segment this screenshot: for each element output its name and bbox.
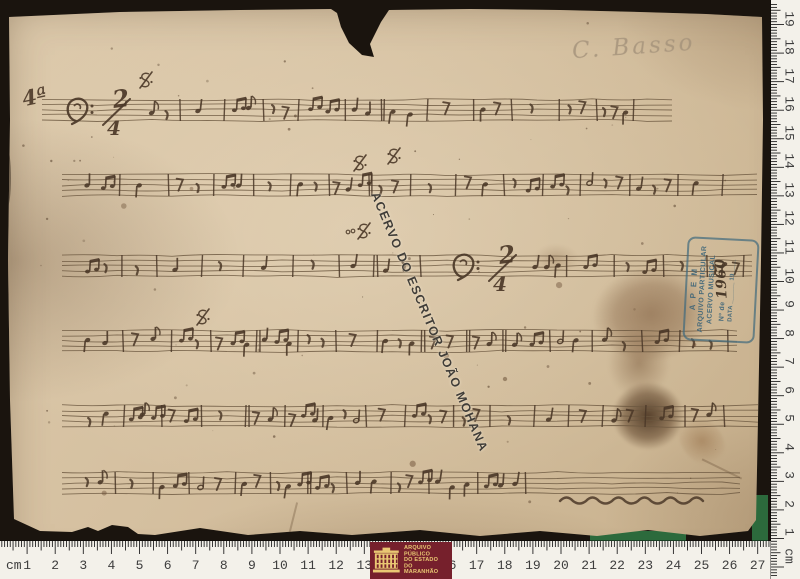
ruler-number: 14 — [782, 153, 797, 169]
ruler-number: 1 — [23, 558, 31, 573]
ruler-number: 9 — [248, 558, 256, 573]
ruler-number: 19 — [782, 11, 797, 27]
ruler-number: 8 — [782, 329, 797, 337]
ruler-number: 24 — [666, 558, 682, 573]
ruler-number: 6 — [164, 558, 172, 573]
ruler-number: 22 — [609, 558, 625, 573]
svg-text:4: 4 — [107, 116, 121, 140]
ruler-number: 2 — [782, 500, 797, 508]
ruler-number: 12 — [782, 211, 797, 227]
ruler-number: 7 — [782, 357, 797, 365]
ruler-number: 9 — [782, 300, 797, 308]
institution-logo: ARQUIVO PÚBLICO DO ESTADO DO MARANHÃO — [370, 542, 452, 579]
ruler-number: 17 — [782, 68, 797, 84]
ruler-unit-label: cm — [6, 558, 22, 573]
ruler-number: 17 — [469, 558, 485, 573]
ruler-number: 1 — [782, 529, 797, 537]
ruler-number: 20 — [553, 558, 569, 573]
right-ruler: cm 12345678910111213141516171819 — [771, 0, 800, 579]
ruler-number: 18 — [782, 39, 797, 55]
ruler-number: 3 — [782, 471, 797, 479]
ruler-number: 7 — [192, 558, 200, 573]
ruler-number: 21 — [581, 558, 597, 573]
handwritten-catalog-number: 1960 — [716, 259, 728, 300]
ruler-number: 4 — [107, 558, 115, 573]
ruler-number: 2 — [51, 558, 59, 573]
ruler-number: 5 — [136, 558, 144, 573]
paper-edge-wear — [2, 320, 8, 350]
ruler-number: 10 — [782, 268, 797, 284]
ruler-number: 11 — [782, 239, 797, 255]
handwritten-music-notation: 2424 — [0, 0, 800, 579]
ruler-number: 18 — [497, 558, 513, 573]
ruler-number: 10 — [272, 558, 288, 573]
ruler-number: 23 — [637, 558, 653, 573]
ruler-number: 11 — [300, 558, 316, 573]
ruler-number: 16 — [782, 96, 797, 112]
svg-text:4: 4 — [493, 272, 507, 296]
ruler-number: 5 — [782, 414, 797, 422]
logo-building-icon — [372, 547, 401, 575]
ruler-number: 4 — [782, 443, 797, 451]
ruler-number: 19 — [525, 558, 541, 573]
ruler-number: 8 — [220, 558, 228, 573]
scanned-manuscript-page: 2424 C. Basso 4ª ACERVO DO ESCRITOR JOÃO… — [0, 0, 800, 579]
ruler-number: 3 — [79, 558, 87, 573]
page-ordinal-mark: 4ª — [20, 82, 49, 112]
ruler-number: 13 — [782, 182, 797, 198]
ruler-number: 27 — [750, 558, 766, 573]
ruler-number: 25 — [694, 558, 710, 573]
archive-stamp-box: A P E M ARQUIVO PARTICULAR ACERVO MUSICA… — [682, 236, 759, 344]
right-ruler-ticks — [771, 0, 788, 579]
ruler-number: 26 — [722, 558, 738, 573]
logo-text: ARQUIVO PÚBLICO DO ESTADO DO MARANHÃO — [404, 546, 447, 576]
ruler-number: 15 — [782, 125, 797, 141]
ruler-number: 12 — [328, 558, 344, 573]
ruler-number: 6 — [782, 386, 797, 394]
ruler-unit-label: cm — [782, 548, 797, 564]
manuscript-paper: 2424 C. Basso 4ª ACERVO DO ESCRITOR JOÃO… — [0, 0, 800, 579]
